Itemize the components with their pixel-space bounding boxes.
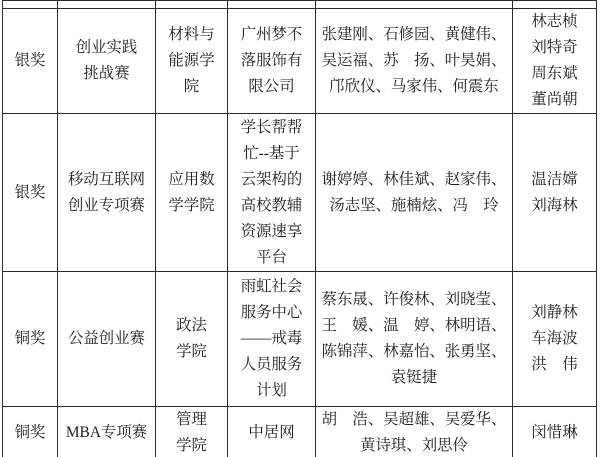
project-cell: 学长帮帮 忙--基于 云架构的 高校教辅 资源速享 平台 [228,114,316,272]
college-cell: 管理 学院 [156,407,228,457]
members-cell: 谢婷婷、林佳斌、赵家伟、 汤志坚、施楠炫、冯 玲 [316,114,513,272]
award-cell: 铜奖 [3,272,58,407]
members-cell: 张建刚、石修园、黄健伟、 吴运福、苏 扬、叶昊娟、 邝欣仪、马家伟、何震东 [316,9,513,114]
college-cell: 材料与 能源学 院 [156,9,228,114]
table-row: 银奖 移动互联网 创业专项赛 应用数 学学院 学长帮帮 忙--基于 云架构的 高… [3,114,597,272]
document-page: 银奖 创业实践 挑战赛 材料与 能源学 院 广州梦不 落服饰有 限公司 张建刚、… [0,0,600,457]
award-cell: 银奖 [3,9,58,114]
award-cell: 银奖 [3,114,58,272]
empty-cell [228,1,316,9]
members-cell: 胡 浩、吴超雄、吴爱华、 黄诗琪、刘思伶 [316,407,513,457]
empty-cell [3,1,58,9]
college-cell: 应用数 学学院 [156,114,228,272]
table-row: 铜奖 公益创业赛 政法 学院 雨虹社会 服务中心 ——戒毒 人员服务 计划 蔡东… [3,272,597,407]
competition-cell: 移动互联网 创业专项赛 [58,114,156,272]
project-cell: 广州梦不 落服饰有 限公司 [228,9,316,114]
award-cell: 铜奖 [3,407,58,457]
project-cell: 雨虹社会 服务中心 ——戒毒 人员服务 计划 [228,272,316,407]
awards-table: 银奖 创业实践 挑战赛 材料与 能源学 院 广州梦不 落服饰有 限公司 张建刚、… [2,0,597,457]
advisors-cell: 刘静林 车海波 洪 伟 [513,272,597,407]
project-cell: 中居网 [228,407,316,457]
advisors-cell: 闵惜琳 [513,407,597,457]
empty-cell [513,1,597,9]
advisors-cell: 温洁嫦 刘海林 [513,114,597,272]
advisors-cell: 林志桢 刘特奇 周东斌 董尚朝 [513,9,597,114]
empty-cell [316,1,513,9]
competition-cell: 公益创业赛 [58,272,156,407]
table-row-partial [3,1,597,9]
members-cell: 蔡东晟、许俊林、刘晓莹、 王 媛、温 婷、林明语、 陈锦萍、林嘉怡、张勇坚、 袁… [316,272,513,407]
empty-cell [156,1,228,9]
empty-cell [58,1,156,9]
competition-cell: MBA专项赛 [58,407,156,457]
table-row: 铜奖 MBA专项赛 管理 学院 中居网 胡 浩、吴超雄、吴爱华、 黄诗琪、刘思伶… [3,407,597,457]
competition-cell: 创业实践 挑战赛 [58,9,156,114]
table-row: 银奖 创业实践 挑战赛 材料与 能源学 院 广州梦不 落服饰有 限公司 张建刚、… [3,9,597,114]
college-cell: 政法 学院 [156,272,228,407]
